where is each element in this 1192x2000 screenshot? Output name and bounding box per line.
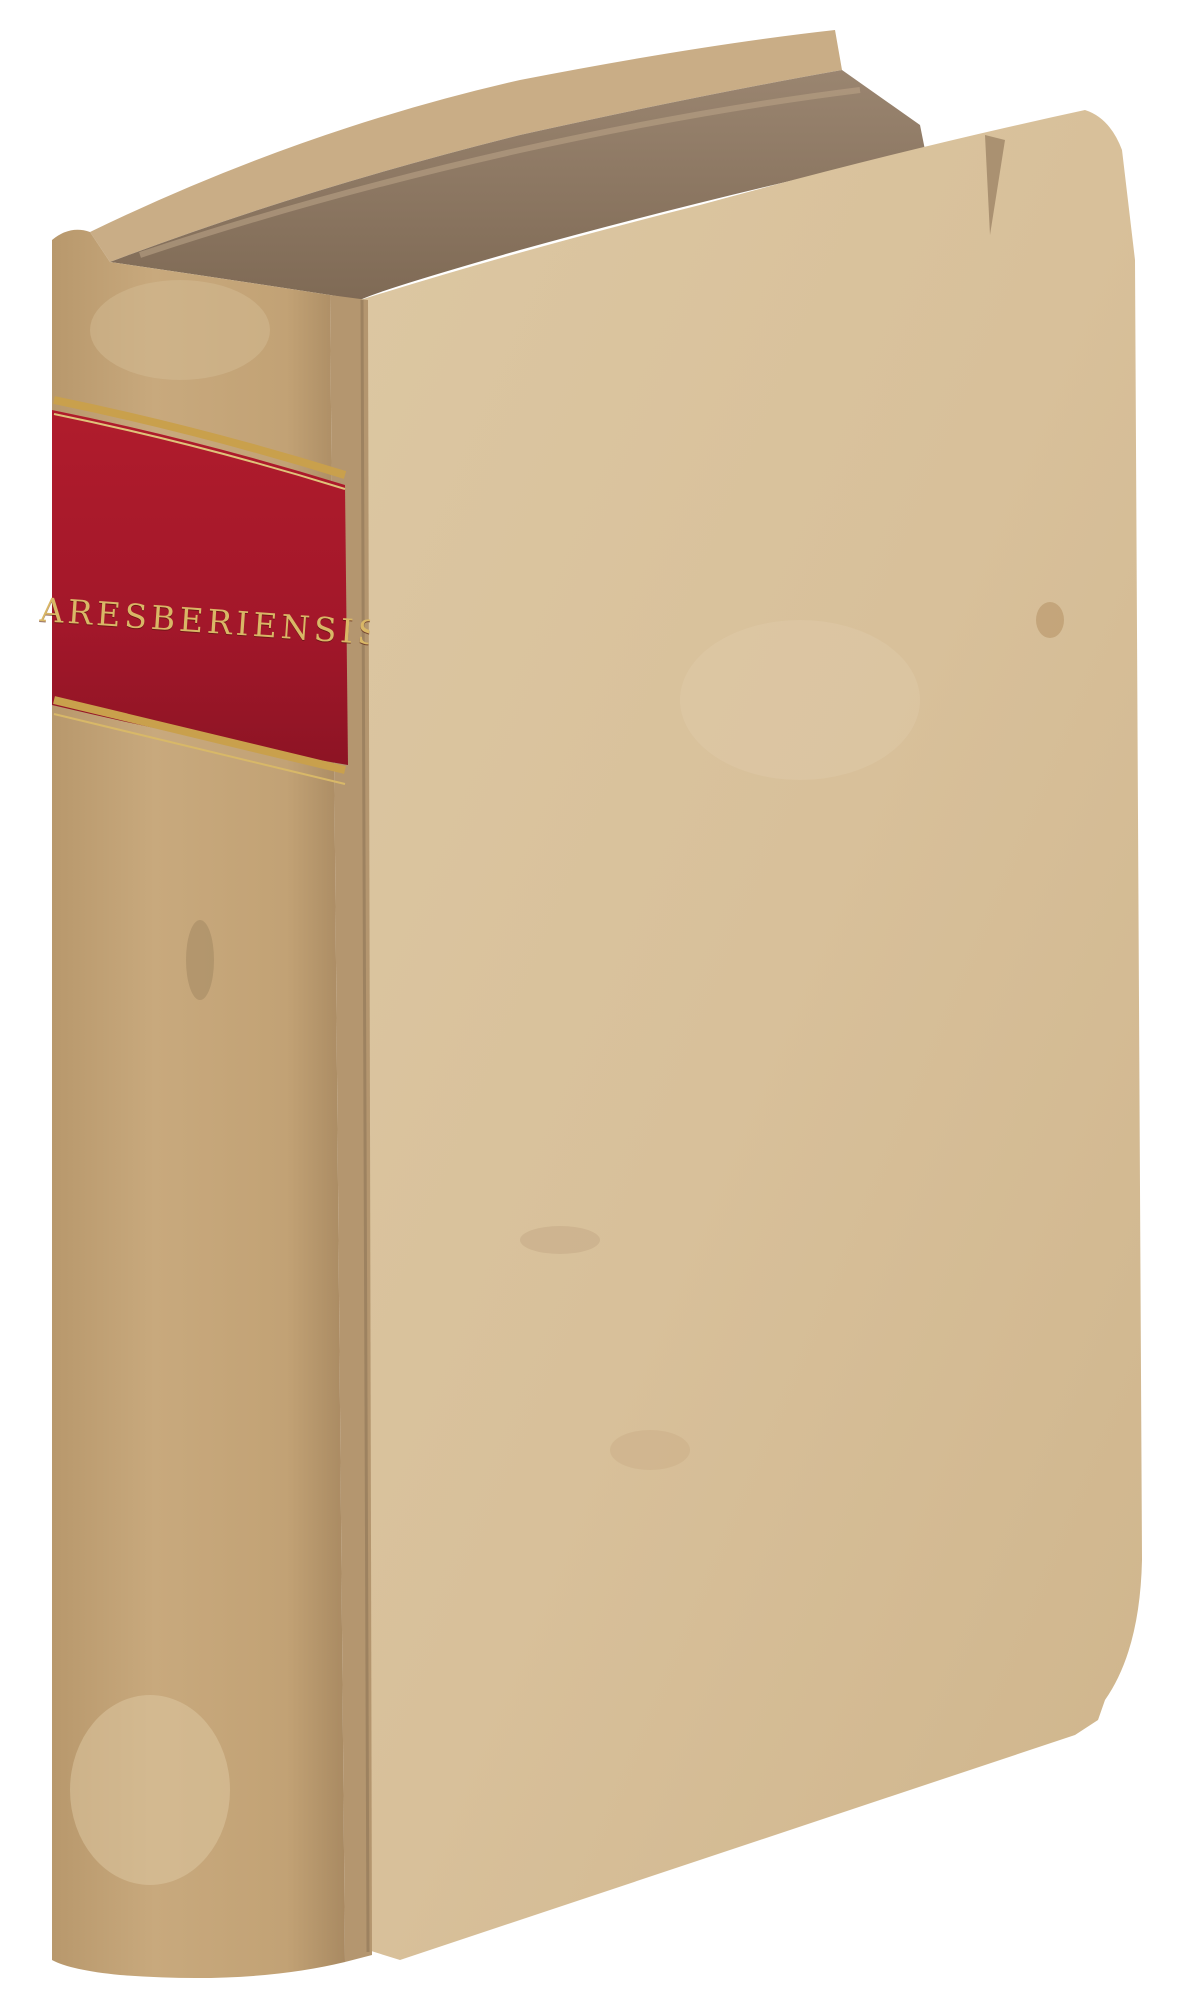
book-illustration xyxy=(0,0,1192,2000)
front-cover xyxy=(360,110,1142,1960)
book-photo: ARESBERIENSIS xyxy=(0,0,1192,2000)
